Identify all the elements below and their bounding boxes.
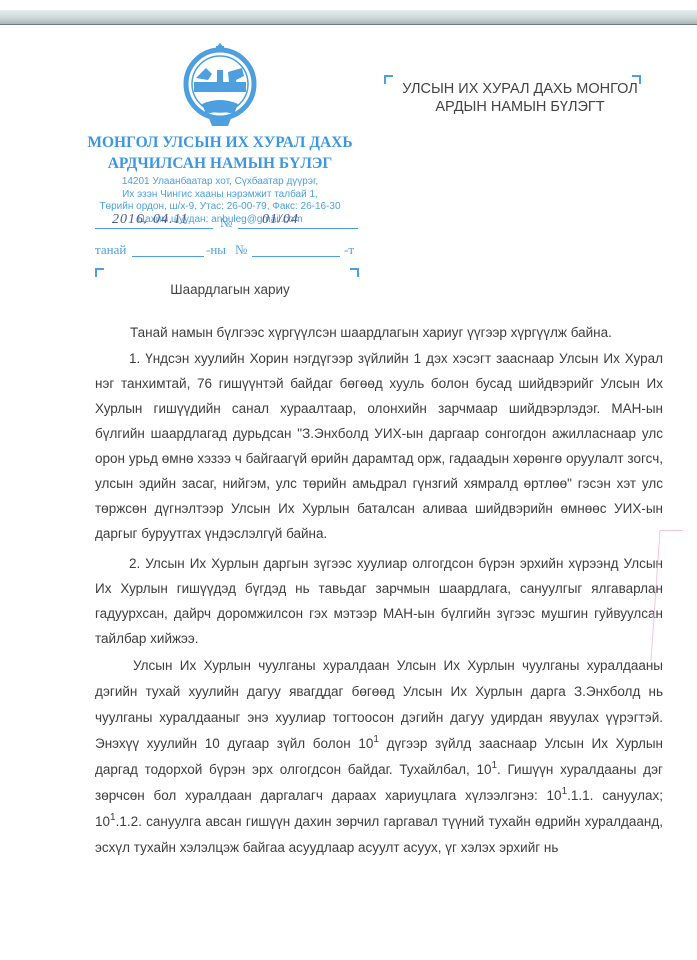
subject-title: Шаардлагын хариу (130, 282, 330, 297)
paragraph-3: Улсын Их Хурлын чуулганы хуралдаан Улсын… (95, 653, 663, 861)
number-value: 01/04 (262, 212, 299, 228)
superscript: 1 (491, 760, 497, 771)
corner-bracket-icon (95, 268, 104, 277)
t-suffix: -т (344, 242, 354, 258)
address-line1: 14201 Улаанбаатар хот, Сүхбаатар дүүрэг, (70, 176, 370, 189)
letterhead: МОНГОЛ УЛСЫН ИХ ХУРАЛ ДАХЬ АРДЧИЛСАН НАМ… (70, 40, 370, 226)
paragraph-3-part-e: .1.2. сануулга авсан гишүүн дахин зөрчил… (95, 814, 663, 855)
scan-top-edge (0, 10, 697, 25)
number-sign: № (220, 215, 232, 231)
superscript: 1 (373, 734, 379, 745)
recipient-line2: АРДЫН НАМЫН БҮЛЭГТ (385, 98, 655, 116)
superscript: 1 (562, 786, 568, 797)
address-line2: Их эзэн Чингис хааны нэрэмжит талбай 1, (70, 189, 370, 202)
recipient-line1: УЛСЫН ИХ ХУРАЛ ДАХЬ МОНГОЛ (385, 80, 655, 98)
your-date-line (132, 238, 204, 257)
outgoing-reference-row: 2016. 04.11 № 01/04 (80, 210, 360, 230)
org-name-line1: МОНГОЛ УЛСЫН ИХ ХУРАЛ ДАХЬ (70, 134, 370, 151)
paragraph-1: 1. Үндсэн хуулийн Хорин нэгдүгээр зүйлий… (95, 346, 663, 546)
your-number-line (252, 238, 340, 257)
corner-bracket-icon (350, 268, 359, 277)
paragraph-1-text: 1. Үндсэн хуулийн Хорин нэгдүгээр зүйлий… (95, 346, 663, 546)
intro-paragraph: Танай намын бүлгээс хүргүүлсэн шаардлагы… (130, 320, 670, 345)
date-value: 2016. 04.11 (112, 212, 188, 228)
recipient-block: УЛСЫН ИХ ХУРАЛ ДАХЬ МОНГОЛ АРДЫН НАМЫН Б… (385, 80, 655, 116)
paragraph-2-text: 2. Улсын Их Хурлын даргын зүгээс хуулиар… (95, 551, 663, 651)
number-sign-2: № (235, 242, 247, 258)
paragraph-2: 2. Улсын Их Хурлын даргын зүгээс хуулиар… (95, 551, 663, 651)
stamp-mark (650, 530, 682, 661)
org-name-line2: АРДЧИЛСАН НАМЫН БҮЛЭГ (70, 155, 370, 172)
mongolia-state-emblem-icon (172, 40, 268, 130)
ny-suffix: -ны (206, 242, 226, 258)
superscript: 1 (110, 812, 116, 823)
incoming-reference-row: танай -ны № -т (80, 238, 360, 258)
your-label: танай (95, 242, 126, 258)
